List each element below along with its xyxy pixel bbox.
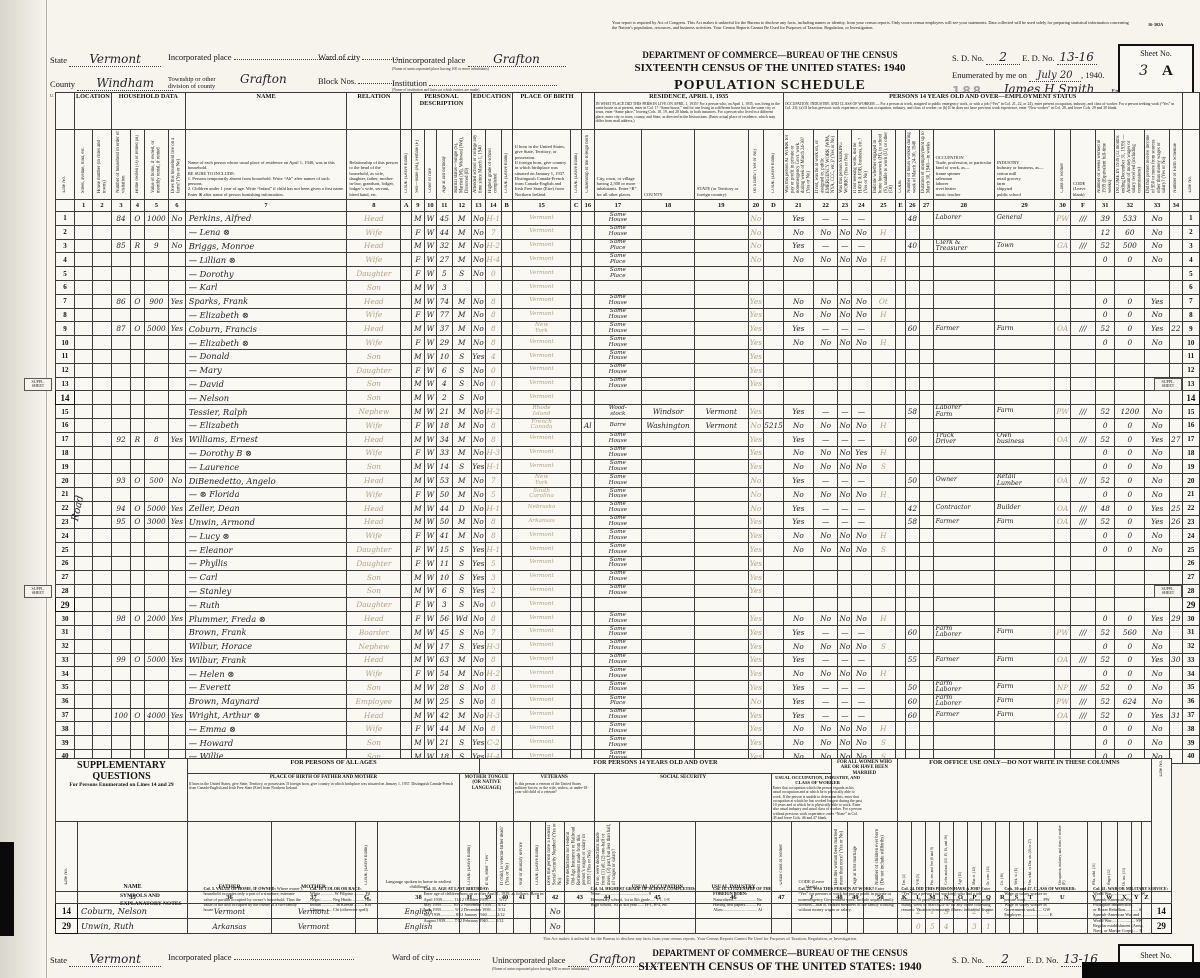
r7-sex: M xyxy=(412,294,425,308)
r26-unemployment xyxy=(919,556,933,570)
supp-occ-header: USUAL OCCUPATION xyxy=(619,822,695,892)
r3-res-farm: No xyxy=(748,239,764,253)
r13-seeking-work xyxy=(838,377,852,391)
r37-other-income: Yes xyxy=(1145,708,1170,722)
r10-res-farm: Yes xyxy=(748,336,764,350)
r4-wages: 0 xyxy=(1115,253,1145,267)
r5-street xyxy=(74,267,92,281)
r36-other-income: No xyxy=(1145,694,1170,708)
r16-farm-schedule xyxy=(1169,418,1182,432)
r14-citizenship xyxy=(582,391,595,405)
r11-emergency-work xyxy=(813,349,838,363)
r29-name: — Ruth xyxy=(185,598,347,612)
r17-at-work: Yes xyxy=(783,432,813,446)
supp-code-j: CODE (Leave blank) xyxy=(791,822,831,892)
r18-code-e xyxy=(896,446,906,460)
r21-class-of-worker xyxy=(1055,487,1071,501)
supp-w49: Age at first marriage xyxy=(847,822,863,892)
r18-res-state xyxy=(695,446,749,460)
r13-code-b xyxy=(501,377,512,391)
r13-school: No xyxy=(471,377,485,391)
r12-at-work xyxy=(783,363,813,377)
r31-code-c xyxy=(571,625,582,639)
r24-name: — Lucy ⊗ xyxy=(185,529,347,543)
r14-household-number xyxy=(111,391,130,405)
r9-marital: M xyxy=(452,322,471,336)
r22-code-d xyxy=(764,501,784,515)
r39-at-work: No xyxy=(783,736,813,750)
r12-code-b xyxy=(501,363,512,377)
r11-wages xyxy=(1115,349,1145,363)
r14-birthplace: Vermont xyxy=(512,391,571,405)
r1-class-of-worker: PW xyxy=(1055,212,1071,226)
r3-other-income: No xyxy=(1145,239,1170,253)
r15-home-value xyxy=(144,405,168,419)
r25-unemployment xyxy=(919,543,933,557)
r17-res-city: Same House xyxy=(594,432,641,446)
line-number-left: 7 xyxy=(56,294,75,308)
r1-res-farm: No xyxy=(748,212,764,226)
r34-code-f xyxy=(1071,667,1096,681)
r32-wages: 0 xyxy=(1115,639,1145,653)
r39-hours xyxy=(905,736,919,750)
r23-housework xyxy=(871,515,896,529)
r32-res-county xyxy=(642,639,695,653)
r35-code-f: /// xyxy=(1071,681,1096,695)
r6-household-number xyxy=(111,280,130,294)
r10-code-e xyxy=(896,336,906,350)
r18-school: No xyxy=(471,446,485,460)
r7-code-f xyxy=(1071,294,1096,308)
r13-unemployment xyxy=(919,377,933,391)
r29-marital: S xyxy=(452,598,471,612)
r4-housework: H xyxy=(871,253,896,267)
r28-citizenship xyxy=(582,584,595,598)
r20-at-work: Yes xyxy=(783,474,813,488)
table-row: 15Tessier, RalphNephewMW21MNoH-2Rhode Is… xyxy=(56,405,1200,419)
line-number-left: 37 xyxy=(56,708,75,722)
r2-emergency-work: No xyxy=(813,225,838,239)
table-row: 4— Lillian ⊗WifeFW27MNoH-4VermontSame Pl… xyxy=(56,253,1200,267)
r3-class-of-worker: GA xyxy=(1055,239,1071,253)
r24-class-of-worker xyxy=(1055,529,1071,543)
r33-at-work: Yes xyxy=(783,653,813,667)
r26-owned-rented xyxy=(131,556,144,570)
r17-code-d xyxy=(764,432,784,446)
r19-code-a xyxy=(401,460,412,474)
r18-name: — Dorothy B ⊗ xyxy=(185,446,347,460)
col-seeking-work-number: 23 xyxy=(838,200,852,212)
r34-res-city: Same House xyxy=(594,667,641,681)
table-row: 11— DonaldSonMW10SYes4VermontSame HouseY… xyxy=(56,349,1200,363)
r22-wages: 0 xyxy=(1115,501,1145,515)
r16-age: 18 xyxy=(437,418,452,432)
r4-code-e xyxy=(896,253,906,267)
r23-code-f: /// xyxy=(1071,515,1096,529)
col-birthplace-header: If born in the United States, give State… xyxy=(512,130,571,200)
r22-class-of-worker: OA xyxy=(1055,501,1071,515)
r13-res-city: Same House xyxy=(594,377,641,391)
r25-sex: F xyxy=(412,543,425,557)
line-number-right: 39 xyxy=(1182,736,1199,750)
r14-code-a xyxy=(401,391,412,405)
r30-wages: 0 xyxy=(1115,612,1145,626)
r18-owned-rented xyxy=(131,446,144,460)
r24-wages: 0 xyxy=(1115,529,1145,543)
r38-household-number xyxy=(111,722,130,736)
r37-res-farm: Yes xyxy=(748,708,764,722)
r13-hours xyxy=(905,377,919,391)
col-other-income-header: Did this person receive income of $50 or… xyxy=(1145,130,1170,200)
r25-other-income: No xyxy=(1145,543,1170,557)
r33-has-job: — xyxy=(852,653,871,667)
table-row: 2— Lena ⊗WifeFW44MNo7VermontSame HouseNo… xyxy=(56,225,1200,239)
r35-weeks-1939: 52 xyxy=(1096,681,1115,695)
r28-marital: S xyxy=(452,584,471,598)
line-number-right: 6 xyxy=(1182,280,1199,294)
r9-seeking-work: — xyxy=(838,322,852,336)
r19-emergency-work: No xyxy=(813,460,838,474)
r18-marital: M xyxy=(452,446,471,460)
r16-code-e xyxy=(896,418,906,432)
r14-school: No xyxy=(471,391,485,405)
r24-owned-rented xyxy=(131,529,144,543)
r35-code-c xyxy=(571,681,582,695)
r33-school: No xyxy=(471,653,485,667)
r26-marital: S xyxy=(452,556,471,570)
r6-sex: M xyxy=(412,280,425,294)
r28-code-e xyxy=(896,584,906,598)
r17-marital: M xyxy=(452,432,471,446)
r20-code-e xyxy=(896,474,906,488)
r6-res-state xyxy=(695,280,749,294)
r16-wages: 0 xyxy=(1115,418,1145,432)
r28-hours xyxy=(905,584,919,598)
r33-grade: 8 xyxy=(486,653,501,667)
r29-code-b xyxy=(501,598,512,612)
table-row: 12— MaryDaughterFW6SNo0VermontSame House… xyxy=(56,363,1200,377)
r7-marital: M xyxy=(452,294,471,308)
r27-street xyxy=(74,570,92,584)
r18-other-income: No xyxy=(1145,446,1170,460)
line-number-right: 31 xyxy=(1182,625,1199,639)
r27-farm-household xyxy=(169,570,186,584)
r20-class-of-worker: OA xyxy=(1055,474,1071,488)
r4-other-income: No xyxy=(1145,253,1170,267)
r19-has-job: No xyxy=(852,460,871,474)
r11-code-f xyxy=(1071,349,1096,363)
line-number-right: 9 xyxy=(1182,322,1199,336)
r37-color-race: W xyxy=(424,708,437,722)
supp-father-header: FATHER xyxy=(188,822,272,892)
r17-street xyxy=(74,432,92,446)
r1-at-work: Yes xyxy=(783,212,813,226)
r22-code-f: /// xyxy=(1071,501,1096,515)
table-row: 14— NelsonSonMW2SNoVermont14 xyxy=(56,391,1200,405)
r30-citizenship xyxy=(582,612,595,626)
r38-has-job: No xyxy=(852,722,871,736)
r2-owned-rented xyxy=(131,225,144,239)
col-household-number-header: Number of household in order of visitati… xyxy=(111,130,130,200)
r12-res-city: Same House xyxy=(594,363,641,377)
r20-birthplace: New York xyxy=(512,474,571,488)
r21-res-farm: No xyxy=(748,487,764,501)
supp-w50: Number of children ever born (Do not inc… xyxy=(863,822,897,892)
r5-code-b xyxy=(501,267,512,281)
r5-res-county xyxy=(642,267,695,281)
r37-at-work: Yes xyxy=(783,708,813,722)
r29-home-value xyxy=(144,598,168,612)
r8-class-of-worker xyxy=(1055,308,1071,322)
r35-industry: Farm xyxy=(994,681,1054,695)
r2-name: — Lena ⊗ xyxy=(185,225,347,239)
r26-farm-household xyxy=(169,556,186,570)
table-row: 38— Emma ⊗WifeFW44MNo8VermontSame HouseY… xyxy=(56,722,1200,736)
r17-sex: M xyxy=(412,432,425,446)
r28-industry xyxy=(994,584,1054,598)
line-number-left: 3 xyxy=(56,239,75,253)
r7-farm-schedule xyxy=(1169,294,1182,308)
r33-house-number xyxy=(93,653,111,667)
r39-street xyxy=(74,736,92,750)
r7-weeks-1939: 0 xyxy=(1096,294,1115,308)
r26-household-number xyxy=(111,556,130,570)
r31-has-job: — xyxy=(852,625,871,639)
col-code-d-number: D xyxy=(764,200,784,212)
r38-res-farm: Yes xyxy=(748,722,764,736)
r2-other-income: No xyxy=(1145,225,1170,239)
r19-at-work: No xyxy=(783,460,813,474)
r23-sex: M xyxy=(412,515,425,529)
r10-industry xyxy=(994,336,1054,350)
r19-street xyxy=(74,460,92,474)
r31-household-number xyxy=(111,625,130,639)
r2-marital: M xyxy=(452,225,471,239)
r12-farm-schedule xyxy=(1169,363,1182,377)
line-number-left: 26 xyxy=(56,556,75,570)
r30-farm-schedule: 29 xyxy=(1169,612,1182,626)
r3-housework xyxy=(871,239,896,253)
r39-wages: 0 xyxy=(1115,736,1145,750)
r6-hours xyxy=(905,280,919,294)
r14-farm-schedule xyxy=(1169,391,1182,405)
r2-age: 44 xyxy=(437,225,452,239)
r30-house-number xyxy=(93,612,111,626)
col-school-number: 13 xyxy=(471,200,485,212)
r8-res-farm: Yes xyxy=(748,308,764,322)
r36-age: 25 xyxy=(437,694,452,708)
r34-owned-rented xyxy=(131,667,144,681)
sheet-number-box: Sheet No. 3 A xyxy=(1118,44,1194,98)
r6-res-county xyxy=(642,280,695,294)
col-age-header: Age at last birthday xyxy=(437,130,452,200)
r13-name: — David xyxy=(185,377,347,391)
r39-sex: M xyxy=(412,736,425,750)
r4-household-number xyxy=(111,253,130,267)
r4-owned-rented xyxy=(131,253,144,267)
r24-hours xyxy=(905,529,919,543)
r31-school: No xyxy=(471,625,485,639)
r3-industry: Town xyxy=(994,239,1054,253)
r22-res-county xyxy=(642,501,695,515)
r20-color-race: W xyxy=(424,474,437,488)
line-number-left: 15 xyxy=(56,405,75,419)
r38-emergency-work: No xyxy=(813,722,838,736)
r33-farm-household: Yes xyxy=(169,653,186,667)
col-school-header: Attended school or college any time sinc… xyxy=(471,130,485,200)
r39-name: — Howard xyxy=(185,736,347,750)
line-number-right: 32 xyxy=(1182,639,1199,653)
r14-hours xyxy=(905,391,919,405)
r34-code-d xyxy=(764,667,784,681)
r17-code-e xyxy=(896,432,906,446)
r39-unemployment xyxy=(919,736,933,750)
r12-code-c xyxy=(571,363,582,377)
r38-occupation xyxy=(933,722,994,736)
r35-emergency-work: — xyxy=(813,681,838,695)
r30-farm-household: Yes xyxy=(169,612,186,626)
r16-occupation xyxy=(933,418,994,432)
r14-code-f xyxy=(1071,391,1096,405)
r30-color-race: W xyxy=(424,612,437,626)
r6-has-job xyxy=(852,280,871,294)
state-field: State Vermont xyxy=(50,52,161,67)
r7-household-number: 86 xyxy=(111,294,130,308)
r5-res-farm xyxy=(748,267,764,281)
r34-age: 54 xyxy=(437,667,452,681)
r33-industry: Farm xyxy=(994,653,1054,667)
r36-res-city: Same Place xyxy=(594,694,641,708)
r18-house-number xyxy=(93,446,111,460)
line-number-left: 14 xyxy=(56,391,75,405)
r12-other-income xyxy=(1145,363,1170,377)
supp-name-header: NAME xyxy=(78,822,188,892)
r19-res-city: Same House xyxy=(594,460,641,474)
band-relation: RELATION xyxy=(347,93,401,130)
r2-code-b xyxy=(501,225,512,239)
r27-name: — Carl xyxy=(185,570,347,584)
r26-housework xyxy=(871,556,896,570)
r37-code-f: /// xyxy=(1071,708,1096,722)
r16-res-county: Washington xyxy=(642,418,695,432)
col-street-header: Street, avenue, road, etc. xyxy=(74,130,92,200)
r12-grade: 0 xyxy=(486,363,501,377)
r2-school: No xyxy=(471,225,485,239)
r18-housework: H xyxy=(871,446,896,460)
r38-code-a xyxy=(401,722,412,736)
line-number-right: 7 xyxy=(1182,294,1199,308)
r24-has-job: No xyxy=(852,529,871,543)
r1-farm-schedule xyxy=(1169,212,1182,226)
r9-birthplace: New York xyxy=(512,322,571,336)
line-number-left: 9 xyxy=(56,322,75,336)
r31-wages: 560 xyxy=(1115,625,1145,639)
r18-farm-household xyxy=(169,446,186,460)
r31-code-e xyxy=(896,625,906,639)
r15-color-race: W xyxy=(424,405,437,419)
r25-street xyxy=(74,543,92,557)
r32-unemployment xyxy=(919,639,933,653)
r18-citizenship xyxy=(582,446,595,460)
r5-color-race: W xyxy=(424,267,437,281)
r14-unemployment xyxy=(919,391,933,405)
r32-code-d xyxy=(764,639,784,653)
r26-hours xyxy=(905,556,919,570)
r34-housework: H xyxy=(871,667,896,681)
r22-emergency-work: — xyxy=(813,501,838,515)
r29-has-job xyxy=(852,598,871,612)
r11-res-city: Same House xyxy=(594,349,641,363)
table-row: 31Brown, FrankBoarderMW45SNo7VermontSame… xyxy=(56,625,1200,639)
r38-res-city: Same House xyxy=(594,722,641,736)
r33-sex: M xyxy=(412,653,425,667)
r17-color-race: W xyxy=(424,432,437,446)
r25-code-d xyxy=(764,543,784,557)
r30-household-number: 98 xyxy=(111,612,130,626)
line-number-right: 28 xyxy=(1182,584,1199,598)
col-home-value-number: 5 xyxy=(144,200,168,212)
r36-seeking-work: — xyxy=(838,694,852,708)
r18-class-of-worker xyxy=(1055,446,1071,460)
r35-house-number xyxy=(93,681,111,695)
r13-color-race: W xyxy=(424,377,437,391)
r21-school: No xyxy=(471,487,485,501)
r38-farm-schedule xyxy=(1169,722,1182,736)
r21-res-city: Same House xyxy=(594,487,641,501)
r37-code-d xyxy=(764,708,784,722)
r24-seeking-work: No xyxy=(838,529,852,543)
r32-other-income: No xyxy=(1145,639,1170,653)
r13-code-e xyxy=(896,377,906,391)
col-code-e-header: CODE xyxy=(896,130,906,200)
r31-other-income: No xyxy=(1145,625,1170,639)
r23-school: No xyxy=(471,515,485,529)
r14-has-job xyxy=(852,391,871,405)
r33-home-value: 5000 xyxy=(144,653,168,667)
r4-name: — Lillian ⊗ xyxy=(185,253,347,267)
r29-grade: 0 xyxy=(486,598,501,612)
note-col11: Col. 11. AGE AT LAST BIRTHDAY:Enter age … xyxy=(424,886,584,923)
r26-seeking-work xyxy=(838,556,852,570)
r22-res-city: Same House xyxy=(594,501,641,515)
r21-household-number xyxy=(111,487,130,501)
supp-s43: Were deductions for Federal Old-Age Insu… xyxy=(565,822,595,892)
supp-office-T: Hrs. wkd. or Dur. un. (26 or 27) xyxy=(1023,822,1037,892)
r29-wages xyxy=(1115,598,1145,612)
r37-weeks-1939: 52 xyxy=(1096,708,1115,722)
r39-code-f xyxy=(1071,736,1096,750)
r39-house-number xyxy=(93,736,111,750)
r34-industry xyxy=(994,667,1054,681)
r2-code-c xyxy=(571,225,582,239)
r21-weeks-1939: 0 xyxy=(1096,487,1115,501)
r4-home-value xyxy=(144,253,168,267)
r15-school: No xyxy=(471,405,485,419)
r20-hours: 50 xyxy=(905,474,919,488)
r32-grade: H-3 xyxy=(486,639,501,653)
r18-sex: F xyxy=(412,446,425,460)
r34-school: No xyxy=(471,667,485,681)
r32-housework: S xyxy=(871,639,896,653)
r9-res-county xyxy=(642,322,695,336)
r17-wages: 0 xyxy=(1115,432,1145,446)
table-row: 786O900YesSparks, FrankHeadMW74MNo8Vermo… xyxy=(56,294,1200,308)
r17-household-number: 92 xyxy=(111,432,130,446)
r38-housework: H xyxy=(871,722,896,736)
r11-code-d xyxy=(764,349,784,363)
r37-code-c xyxy=(571,708,582,722)
r13-has-job xyxy=(852,377,871,391)
